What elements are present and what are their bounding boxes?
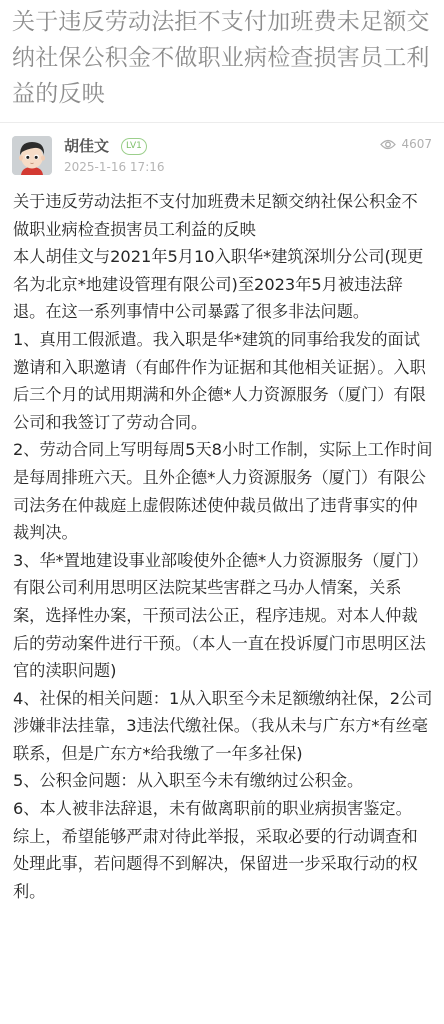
post-paragraph-item-6: 6、本人被非法辞退，未有做离职前的职业病损害鉴定。 — [13, 795, 433, 823]
post-paragraph-item-1: 1、真用工假派遣。我入职是华*建筑的同事给我发的面试邀请和入职邀请（有邮件作为证… — [13, 326, 433, 436]
post-paragraph-conclusion: 综上，希望能够严肃对待此举报，采取必要的行动调查和处理此事，若问题得不到解决，保… — [13, 823, 433, 906]
avatar[interactable] — [12, 136, 52, 175]
post-paragraph-intro: 本人胡佳文与2021年5月10入职华*建筑深圳分公司(现更名为北京*地建设管理有… — [13, 243, 433, 326]
level-badge: LV1 — [121, 138, 147, 155]
author-name[interactable]: 胡佳文 — [64, 136, 109, 156]
post-paragraph-heading: 关于违反劳动法拒不支付加班费未足额交纳社保公积金不做职业病检查损害员工利益的反映 — [13, 188, 433, 243]
view-count: 4607 — [380, 137, 432, 151]
author-row: 胡佳文 LV1 2025-1-16 17:16 4607 — [0, 123, 444, 185]
post-paragraph-item-2: 2、劳动合同上写明每周5天8小时工作制，实际上工作时间是每周排班六天。且外企德*… — [13, 436, 433, 546]
post-time: 2025-1-16 17:16 — [64, 159, 165, 175]
page-title: 关于违反劳动法拒不支付加班费未足额交纳社保公积金不做职业病检查损害员工利益的反映 — [12, 4, 432, 112]
cartoon-boy-avatar-icon — [12, 136, 52, 175]
eye-icon — [380, 139, 396, 150]
post-paragraph-item-3: 3、华*置地建设事业部唆使外企德*人力资源服务（厦门）有限公司利用思明区法院某些… — [13, 547, 433, 685]
post-paragraph-item-4: 4、社保的相关问题：1从入职至今未足额缴纳社保，2公司涉嫌非法挂靠，3违法代缴社… — [13, 685, 433, 768]
post-body: 关于违反劳动法拒不支付加班费未足额交纳社保公积金不做职业病检查损害员工利益的反映… — [13, 188, 433, 905]
view-count-value: 4607 — [401, 137, 432, 151]
post-paragraph-item-5: 5、公积金问题：从入职至今未有缴纳过公积金。 — [13, 767, 433, 795]
